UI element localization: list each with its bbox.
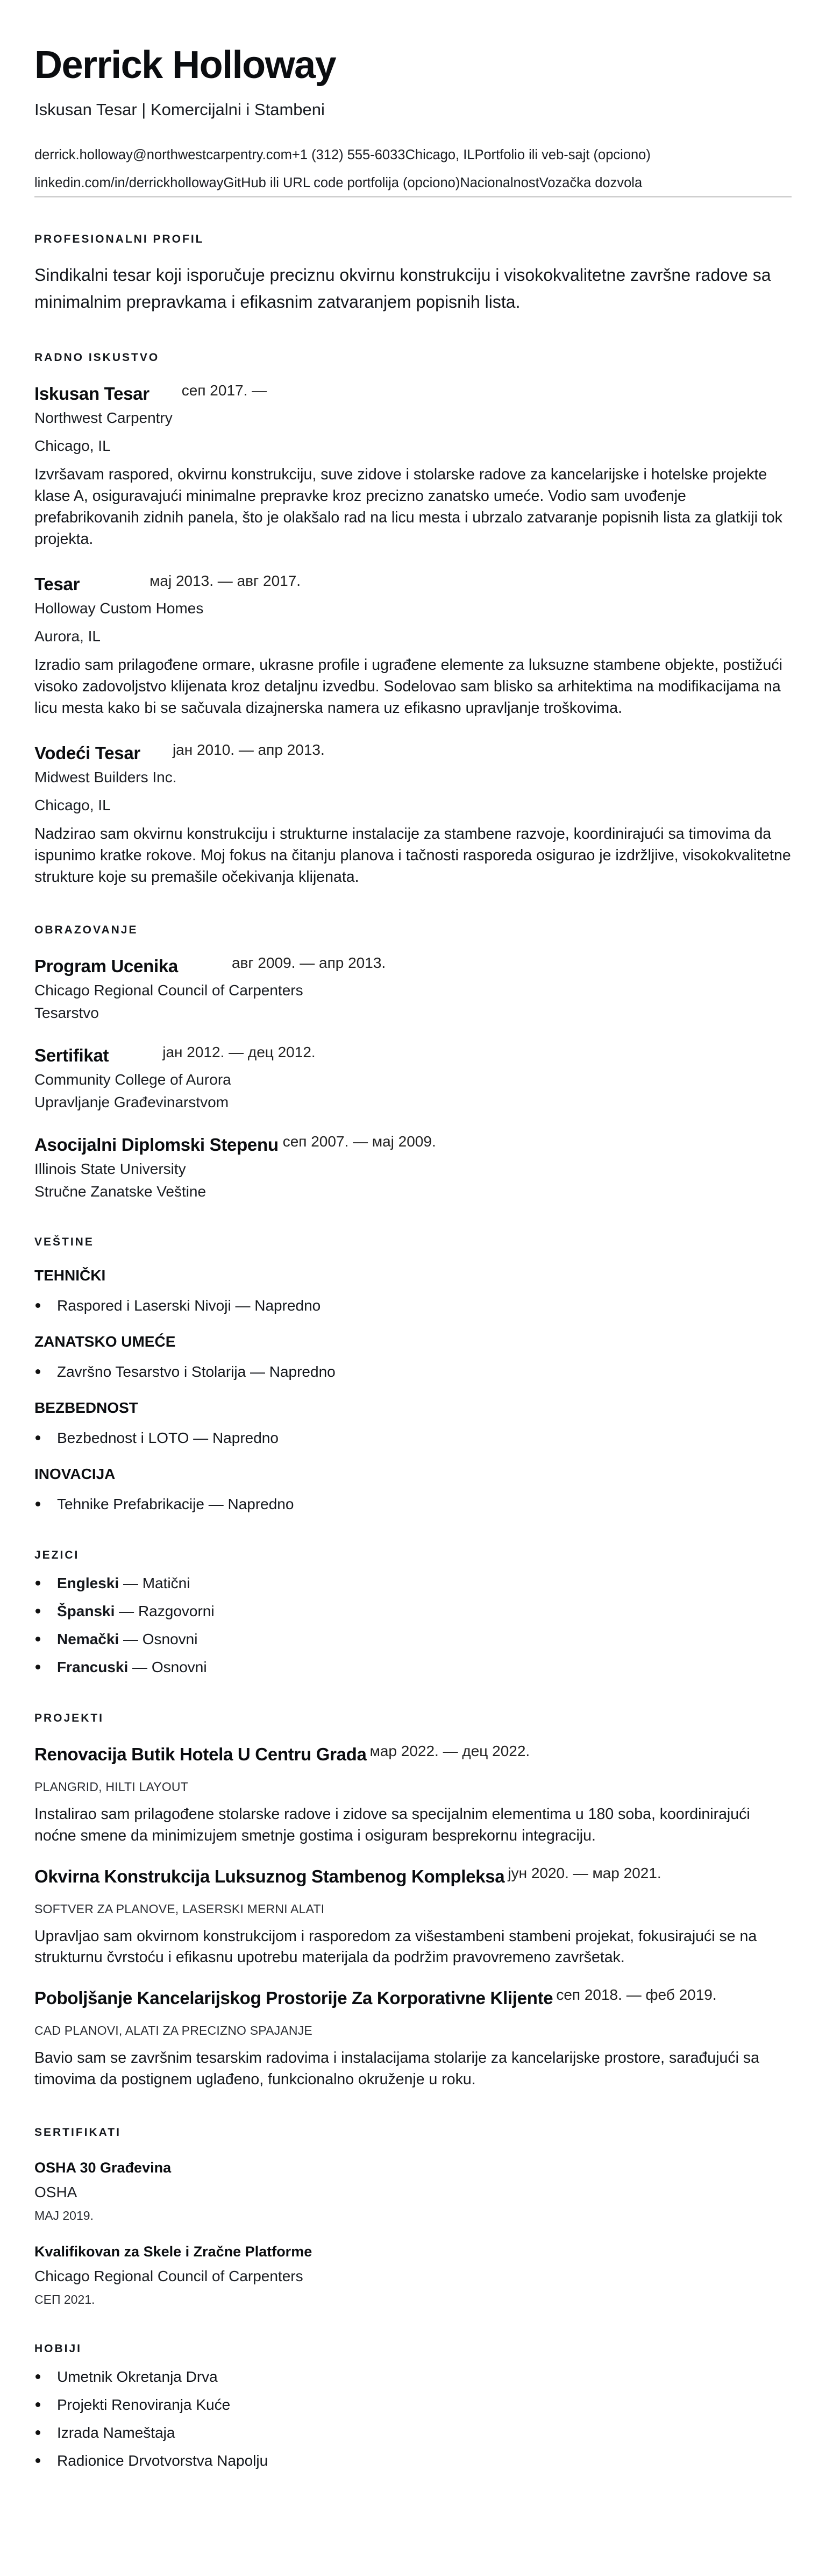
experience-entry: Tesarмај 2013. — авг 2017.Holloway Custo… [34,574,792,719]
project-tools: SOFTVER ZA PLANOVE, LASERSKI MERNI ALATI [34,1902,792,1916]
hobbies-section: HOBIJI Umetnik Okretanja DrvaProjekti Re… [34,2343,792,2470]
projects-list: Renovacija Butik Hotela U Centru Gradaма… [34,1744,792,2091]
skill-category-title: TEHNIČKI [34,1267,792,1284]
job-location: Chicago, IL [34,797,792,814]
email-link[interactable]: derrick.holloway@northwestcarpentry.com [34,147,292,162]
certificate-entry: OSHA 30 GrađevinaOSHAMAJ 2019. [34,2160,792,2223]
job-title: Tesar [34,574,80,595]
drivers-license-text: Vozačka dozvola [539,175,642,190]
skill-category-title: ZANATSKO UMEĆE [34,1333,792,1350]
contact-row-1: derrick.holloway@northwestcarpentry.com … [34,147,792,162]
experience-entry: Vodeći Tesarјан 2010. — апр 2013.Midwest… [34,743,792,888]
school-name: Chicago Regional Council of Carpenters [34,982,792,999]
project-dates: сеп 2018. — феб 2019. [556,1986,716,2004]
candidate-name: Derrick Holloway [34,44,792,87]
hobby-item: Umetnik Okretanja Drva [34,2367,792,2386]
languages-list: Engleski — MatičniŠpanski — RazgovorniNe… [34,1574,792,1676]
school-name: Illinois State University [34,1160,792,1178]
certificate-name: OSHA 30 Građevina [34,2160,792,2176]
section-title: HOBIJI [34,2343,792,2355]
skill-item: Tehnike Prefabrikacije — Napredno [34,1495,792,1513]
entry-header: Poboljšanje Kancelarijskog Prostorije Za… [34,1988,792,2008]
education-section: OBRAZOVANJE Program Ucenikaавг 2009. — а… [34,924,792,1200]
language-name: Španski [57,1603,115,1619]
project-entry: Okvirna Konstrukcija Luksuznog Stambenog… [34,1866,792,1969]
education-list: Program Ucenikaавг 2009. — апр 2013.Chic… [34,956,792,1200]
education-dates: јан 2012. — дец 2012. [162,1044,315,1061]
section-title: VEŠTINE [34,1236,792,1249]
entry-header: Program Ucenikaавг 2009. — апр 2013. [34,956,792,976]
language-level: — Matični [119,1575,190,1591]
field-of-study: Upravljanje Građevinarstvom [34,1094,792,1111]
certificates-list: OSHA 30 GrađevinaOSHAMAJ 2019.Kvalifikov… [34,2160,792,2307]
skill-list: Završno Tesarstvo i Stolarija — Napredno [34,1362,792,1381]
job-location: Chicago, IL [34,437,792,455]
education-dates: авг 2009. — апр 2013. [232,954,386,972]
location-text: Chicago, IL [405,147,474,162]
certificate-date: MAJ 2019. [34,2209,792,2223]
job-title: Vodeći Tesar [34,743,140,763]
language-item: Francuski — Osnovni [34,1658,792,1676]
field-of-study: Tesarstvo [34,1004,792,1022]
project-dates: мар 2022. — дец 2022. [370,1743,530,1760]
languages-section: JEZICI Engleski — MatičniŠpanski — Razgo… [34,1549,792,1676]
language-item: Španski — Razgovorni [34,1602,792,1620]
header-divider [34,196,792,197]
education-entry: Asocijalni Diplomski Stepenuсеп 2007. — … [34,1135,792,1200]
job-dates: мај 2013. — авг 2017. [149,572,301,590]
degree-title: Asocijalni Diplomski Stepenu [34,1135,279,1155]
hobby-item: Projekti Renoviranja Kuće [34,2395,792,2414]
job-title: Iskusan Tesar [34,384,149,404]
language-item: Engleski — Matični [34,1574,792,1593]
degree-title: Sertifikat [34,1045,109,1066]
section-title: RADNO ISKUSTVO [34,351,792,364]
skill-item: Završno Tesarstvo i Stolarija — Napredno [34,1362,792,1381]
certificate-issuer: Chicago Regional Council of Carpenters [34,2268,792,2285]
job-description: Izvršavam raspored, okvirnu konstrukciju… [34,464,792,550]
education-entry: Program Ucenikaавг 2009. — апр 2013.Chic… [34,956,792,1022]
language-level: — Osnovni [128,1659,206,1675]
skill-item: Raspored i Laserski Nivoji — Napredno [34,1296,792,1315]
experience-section: RADNO ISKUSTVO Iskusan Tesarсеп 2017. —N… [34,351,792,888]
skills-list: TEHNIČKIRaspored i Laserski Nivoji — Nap… [34,1267,792,1513]
certificate-name: Kvalifikovan za Skele i Zračne Platforme [34,2244,792,2260]
project-entry: Poboljšanje Kancelarijskog Prostorije Za… [34,1988,792,2091]
section-title: SERTIFIKATI [34,2126,792,2139]
github-link[interactable]: GitHub ili URL code portfolija (opciono) [223,175,460,190]
hobbies-list: Umetnik Okretanja DrvaProjekti Renoviran… [34,2367,792,2470]
phone-link[interactable]: +1 (312) 555-6033 [292,147,405,162]
hobby-item: Izrada Nameštaja [34,2423,792,2442]
profile-summary: Sindikalni tesar koji isporučuje precizn… [34,262,792,315]
project-name: Okvirna Konstrukcija Luksuznog Stambenog… [34,1866,504,1887]
education-entry: Sertifikatјан 2012. — дец 2012.Community… [34,1045,792,1111]
entry-header: Sertifikatјан 2012. — дец 2012. [34,1045,792,1066]
skill-list: Bezbednost i LOTO — Napredno [34,1428,792,1447]
experience-list: Iskusan Tesarсеп 2017. —Northwest Carpen… [34,384,792,888]
certificate-issuer: OSHA [34,2184,792,2201]
portfolio-link[interactable]: Portfolio ili veb-sajt (opciono) [474,147,650,162]
contact-info: derrick.holloway@northwestcarpentry.com … [34,147,792,190]
skill-list: Raspored i Laserski Nivoji — Napredno [34,1296,792,1315]
project-description: Instalirao sam prilagođene stolarske rad… [34,1804,792,1847]
certificate-date: СЕП 2021. [34,2292,792,2307]
job-location: Aurora, IL [34,628,792,645]
entry-header: Tesarмај 2013. — авг 2017. [34,574,792,595]
nationality-text: Nacionalnost [460,175,539,190]
degree-title: Program Ucenika [34,956,178,976]
certificates-section: SERTIFIKATI OSHA 30 GrađevinaOSHAMAJ 201… [34,2126,792,2307]
skill-category-title: INOVACIJA [34,1466,792,1483]
language-level: — Osnovni [119,1631,197,1647]
section-title: PROFESIONALNI PROFIL [34,233,792,246]
skill-item: Bezbednost i LOTO — Napredno [34,1428,792,1447]
project-tools: CAD PLANOVI, ALATI ZA PRECIZNO SPAJANJE [34,2023,792,2038]
project-description: Upravljao sam okvirnom konstrukcijom i r… [34,1926,792,1969]
language-item: Nemački — Osnovni [34,1630,792,1648]
company-name: Northwest Carpentry [34,408,792,428]
language-level: — Razgovorni [115,1603,214,1619]
entry-header: Renovacija Butik Hotela U Centru Gradaма… [34,1744,792,1765]
candidate-headline: Iskusan Tesar | Komercijalni i Stambeni [34,100,792,119]
experience-entry: Iskusan Tesarсеп 2017. —Northwest Carpen… [34,384,792,550]
skill-list: Tehnike Prefabrikacije — Napredno [34,1495,792,1513]
resume-page: Derrick Holloway Iskusan Tesar | Komerci… [0,0,826,2535]
company-name: Holloway Custom Homes [34,599,792,618]
project-entry: Renovacija Butik Hotela U Centru Gradaма… [34,1744,792,1847]
language-name: Nemački [57,1631,119,1647]
job-description: Nadzirao sam okvirnu konstrukciju i stru… [34,824,792,888]
entry-header: Iskusan Tesarсеп 2017. — [34,384,792,404]
job-dates: јан 2010. — апр 2013. [173,741,325,759]
job-dates: сеп 2017. — [182,382,267,399]
linkedin-link[interactable]: linkedin.com/in/derrickholloway [34,175,223,190]
profile-section: PROFESIONALNI PROFIL Sindikalni tesar ko… [34,233,792,315]
project-tools: PLANGRID, HILTI LAYOUT [34,1780,792,1794]
projects-section: PROJEKTI Renovacija Butik Hotela U Centr… [34,1712,792,2091]
project-name: Renovacija Butik Hotela U Centru Grada [34,1744,367,1765]
skills-section: VEŠTINE TEHNIČKIRaspored i Laserski Nivo… [34,1236,792,1513]
entry-header: Asocijalni Diplomski Stepenuсеп 2007. — … [34,1135,792,1155]
certificate-entry: Kvalifikovan za Skele i Zračne Platforme… [34,2244,792,2307]
entry-header: Okvirna Konstrukcija Luksuznog Stambenog… [34,1866,792,1887]
section-title: JEZICI [34,1549,792,1562]
education-dates: сеп 2007. — мај 2009. [283,1133,436,1150]
company-name: Midwest Builders Inc. [34,768,792,787]
section-title: OBRAZOVANJE [34,924,792,937]
project-description: Bavio sam se završnim tesarskim radovima… [34,2048,792,2091]
section-title: PROJEKTI [34,1712,792,1725]
contact-row-2: linkedin.com/in/derrickholloway GitHub i… [34,175,792,190]
school-name: Community College of Aurora [34,1071,792,1088]
job-description: Izradio sam prilagođene ormare, ukrasne … [34,655,792,719]
resume-header: Derrick Holloway Iskusan Tesar | Komerci… [34,44,792,197]
skill-category-title: BEZBEDNOST [34,1399,792,1417]
project-name: Poboljšanje Kancelarijskog Prostorije Za… [34,1988,553,2008]
language-name: Engleski [57,1575,119,1591]
project-dates: јун 2020. — мар 2021. [508,1865,661,1882]
language-name: Francuski [57,1659,128,1675]
hobby-item: Radionice Drvotvorstva Napolju [34,2451,792,2470]
entry-header: Vodeći Tesarјан 2010. — апр 2013. [34,743,792,763]
field-of-study: Stručne Zanatske Veštine [34,1183,792,1200]
